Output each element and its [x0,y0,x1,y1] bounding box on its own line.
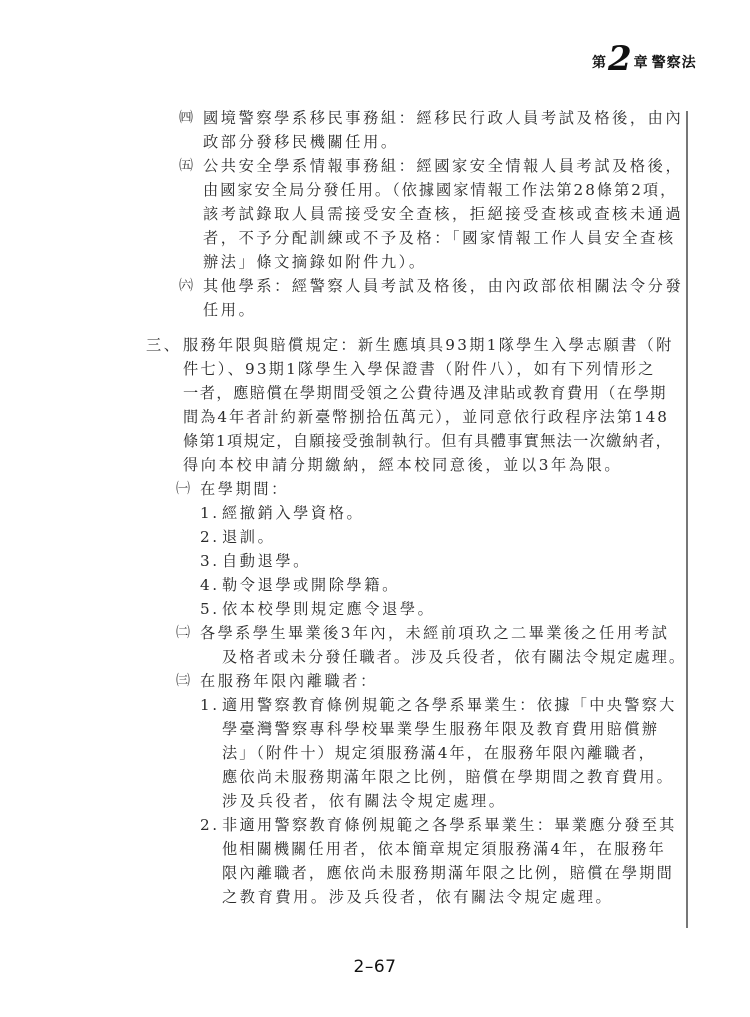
text-line: 他相關機關任用者，依本簡章規定須服務滿4年，在服務年 [222,839,666,859]
text-line: 各學系學生畢業後3年內，未經前項玖之二畢業後之任用考試 [200,623,669,643]
item-text: 自動退學。 [222,551,311,571]
subsection-marker: ㈠ [176,479,190,499]
section-marker: ㈤ [179,156,193,176]
item-text: 退訓。 [222,527,275,547]
text-line: 者，不予分配訓練或不予及格：「國家情報工作人員安全查核 [203,228,676,248]
text-line: 任用。 [203,300,256,320]
text-line: 國境警察學系移民事務組：經移民行政人員考試及格後，由內 [203,108,683,128]
chapter-number: 2 [608,42,632,76]
text-line: 限內離職者，應依尚未服務期滿年限之比例，賠償在學期間 [222,863,674,883]
chapter-suffix: 章 [634,52,648,72]
section-marker: ㈣ [179,108,193,128]
item-text: 依本校學則規定應令退學。 [222,599,435,619]
text-line: 件七）、93期1隊學生入學保證書（附件八），如有下列情形之 [183,359,655,379]
item-number: 1. [200,503,220,523]
text-line: 政部分發移民機關任用。 [203,132,399,152]
text-line: 服務年限與賠償規定：新生應填具93期1隊學生入學志願書（附 [183,335,674,355]
text-line: 一者，應賠償在學期間受領之公費待遇及津貼或教育費用（在學期 [183,383,667,403]
text-line: 適用警察教育條例規範之各學系畢業生：依據「中央警察大 [222,695,677,715]
text-line: 其他學系：經警察人員考試及格後，由內政部依相關法令分發 [203,276,683,296]
text-line: 應依尚未服務期滿年限之比例，賠償在學期間之教育費用。 [222,767,674,787]
chapter-prefix: 第 [592,52,606,72]
subsection-marker: ㈡ [176,623,190,643]
text-line: 法」（附件十）規定須服務滿4年，在服務年限內離職者， [222,743,656,763]
subsection-marker: ㈢ [176,671,190,691]
item-number: 2. [200,527,220,547]
item-text: 勒令退學或開除學籍。 [222,575,400,595]
page-number: 2–67 [0,957,750,977]
item-number: 1. [200,695,220,715]
section-marker: 三、 [146,335,182,355]
subsection-title: 在學期間： [200,479,289,499]
item-text: 經撤銷入學資格。 [222,503,364,523]
text-line: 得向本校申請分期繳納，經本校同意後，並以3年為限。 [183,455,622,475]
item-number: 2. [200,815,220,835]
subsection-title: 在服務年限內離職者： [200,671,378,691]
text-line: 該考試錄取人員需接受安全查核，拒絕接受查核或查核未通過 [203,204,683,224]
item-number: 3. [200,551,220,571]
item-number: 5. [200,599,220,619]
item-number: 4. [200,575,220,595]
chapter-title: 警察法 [652,52,697,72]
text-line: 間為4年者計約新臺幣捌拾伍萬元），並同意依行政程序法第148 [183,407,669,427]
section-marker: ㈥ [179,276,193,296]
text-line: 涉及兵役者，依有關法令規定處理。 [222,791,507,811]
chapter-header: 第 2 章 警察法 [592,46,697,78]
text-line: 公共安全學系情報事務組：經國家安全情報人員考試及格後， [203,156,683,176]
text-line: 及格者或未分發任職者。涉及兵役者，依有關法令規定處理。 [222,647,686,667]
text-line: 由國家安全局分發任用。（依據國家情報工作法第28條第2項， [203,180,677,200]
text-line: 之教育費用。涉及兵役者，依有關法令規定處理。 [222,887,613,907]
margin-rule [686,111,688,928]
text-line: 辦法」條文摘錄如附件九）。 [203,252,427,272]
text-line: 學臺灣警察專科學校畢業學生服務年限及教育費用賠償辦 [222,719,659,739]
text-line: 條第1項規定，自願接受強制執行。但有具體事實無法一次繳納者， [183,431,672,451]
text-line: 非適用警察教育條例規範之各學系畢業生：畢業應分發至其 [222,815,677,835]
